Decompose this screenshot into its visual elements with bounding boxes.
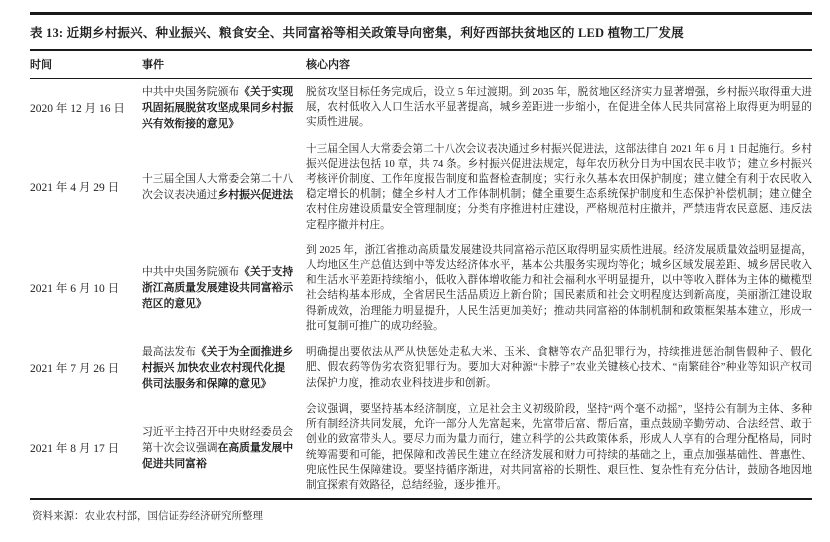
- row-event: 最高法发布《关于为全面推进乡村振兴 加快农业农村现代化提供司法服务和保障的意见》: [142, 344, 294, 392]
- event-text: 最高法发布: [142, 346, 196, 358]
- row-event: 中共中央国务院颁布《关于支持浙江高质量发展建设共同富裕示范区的意见》: [142, 264, 294, 312]
- table-body: 2020 年 12 月 16 日 中共中央国务院颁布《关于实现巩固拓展脱贫攻坚成…: [30, 79, 812, 499]
- row-event: 十三届全国人大常委会第二十八次会议表决通过乡村振兴促进法: [142, 171, 294, 203]
- table-row: 2021 年 6 月 10 日 中共中央国务院颁布《关于支持浙江高质量发展建设共…: [30, 238, 812, 339]
- row-content: 脱贫攻坚目标任务完成后，设立 5 年过渡期。到 2035 年，脱贫地区经济实力显…: [306, 85, 812, 131]
- row-content: 会议强调，要坚持基本经济制度，立足社会主义初级阶段，坚持“两个毫不动摇”，坚持公…: [306, 402, 812, 493]
- row-date: 2021 年 8 月 17 日: [30, 440, 142, 456]
- row-content: 到 2025 年，浙江省推动高质量发展建设共同富裕示范区取得明显实质性进展。经济…: [306, 243, 812, 334]
- row-event: 中共中央国务院颁布《关于实现巩固拓展脱贫攻坚成果同乡村振兴有效衔接的意见》: [142, 84, 294, 132]
- row-date: 2021 年 4 月 29 日: [30, 179, 142, 195]
- table-row: 2021 年 7 月 26 日 最高法发布《关于为全面推进乡村振兴 加快农业农村…: [30, 339, 812, 397]
- row-content: 明确提出要依法从严从快惩处走私大米、玉米、食糖等农产品犯罪行为，持续推进惩治制售…: [306, 345, 812, 391]
- event-policy-name: 乡村振兴促进法: [218, 189, 294, 201]
- row-date: 2021 年 6 月 10 日: [30, 280, 142, 296]
- table-title: 表 13: 近期乡村振兴、种业振兴、粮食安全、共同富裕等相关政策导向密集，利好西…: [30, 15, 812, 49]
- column-header-content: 核心内容: [306, 56, 812, 72]
- source-note: 资料来源：农业农村部，国信证券经济研究所整理: [30, 500, 812, 523]
- row-date: 2021 年 7 月 26 日: [30, 360, 142, 376]
- event-text: 中共中央国务院颁布: [142, 86, 239, 98]
- row-date: 2020 年 12 月 16 日: [30, 100, 142, 116]
- table-row: 2021 年 8 月 17 日 习近平主持召开中央财经委员会第十次会议强调在高质…: [30, 397, 812, 498]
- column-header-time: 时间: [30, 56, 142, 72]
- table-header-row: 时间 事件 核心内容: [30, 51, 812, 78]
- table-row: 2021 年 4 月 29 日 十三届全国人大常委会第二十八次会议表决通过乡村振…: [30, 137, 812, 238]
- table-row: 2020 年 12 月 16 日 中共中央国务院颁布《关于实现巩固拓展脱贫攻坚成…: [30, 79, 812, 137]
- column-header-event: 事件: [142, 56, 294, 72]
- event-text: 中共中央国务院颁布: [142, 266, 239, 278]
- row-event: 习近平主持召开中央财经委员会第十次会议强调在高质量发展中促进共同富裕: [142, 424, 294, 472]
- policy-table: 表 13: 近期乡村振兴、种业振兴、粮食安全、共同富裕等相关政策导向密集，利好西…: [0, 0, 830, 542]
- row-content: 十三届全国人大常委会第二十八次会议表决通过乡村振兴促进法，这部法律自 2021 …: [306, 142, 812, 233]
